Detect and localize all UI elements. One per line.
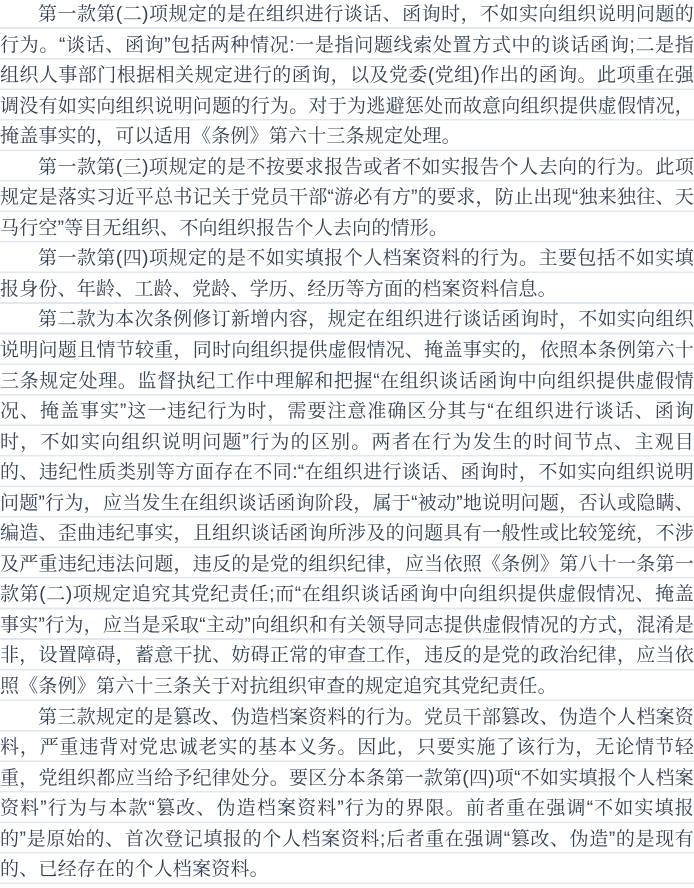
document-page: 第一款第(二)项规定的是在组织进行谈话、函询时，不如实向组织说明问题的行为。“谈…: [0, 0, 694, 888]
paragraph-2: 第一款第(三)项规定的是不按要求报告或者不如实报告个人去向的行为。此项规定是落实…: [0, 153, 694, 245]
paragraph-1: 第一款第(二)项规定的是在组织进行谈话、函询时，不如实向组织说明问题的行为。“谈…: [0, 0, 694, 153]
paragraph-4: 第二款为本次条例修订新增内容，规定在组织进行谈话函询时，不如实向组织说明问题且情…: [0, 305, 694, 702]
paragraph-5: 第三款规定的是篡改、伪造档案资料的行为。党员干部篡改、伪造个人档案资料，严重违背…: [0, 703, 694, 886]
paragraph-3: 第一款第(四)项规定的是不如实填报个人档案资料的行为。主要包括不如实填报身份、年…: [0, 244, 694, 305]
